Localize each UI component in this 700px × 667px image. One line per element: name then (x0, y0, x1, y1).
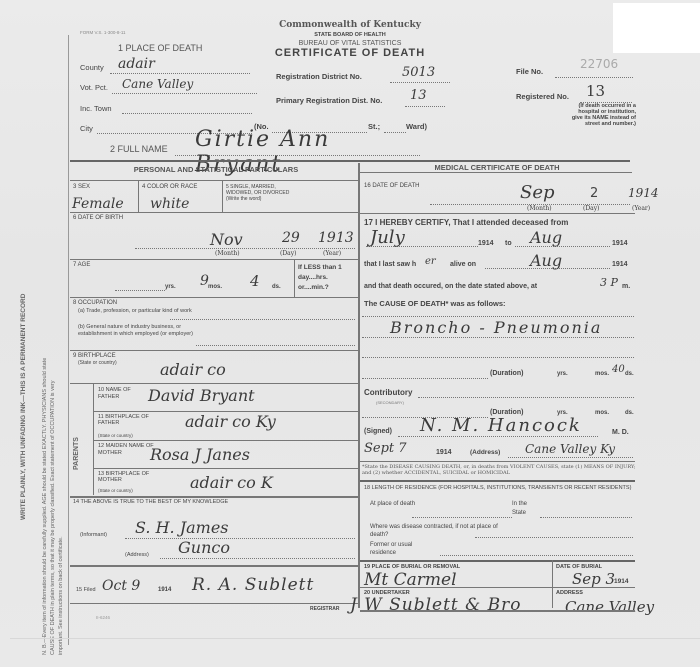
in-state-label: In the State (512, 500, 542, 518)
death-time-suffix: m. (622, 283, 630, 290)
hospital-note: (If death occurred in a hospital or inst… (570, 103, 636, 127)
birthplace-value: adair co (160, 360, 226, 379)
cause-line-2 (362, 336, 634, 338)
md-label: M. D. (612, 429, 629, 436)
marital-label: 5 SINGLE, MARRIED, WIDOWED, OR DIVORCED … (226, 184, 296, 202)
registrar-value: R. A. Sublett (192, 575, 314, 595)
duration-ds-value: 40 (612, 364, 625, 375)
dob-label: 6 DATE OF BIRTH (73, 215, 123, 221)
sex-label: 3 SEX (73, 184, 90, 190)
file-no-value: 22706 (580, 57, 618, 71)
informant-field (125, 537, 355, 539)
rule (70, 259, 358, 260)
registered-no-value: 13 (586, 82, 605, 100)
at-place-field (412, 516, 512, 518)
rule (70, 180, 358, 181)
bureau-name: BUREAU OF VITAL STATISTICS (240, 40, 460, 47)
address-value: Gunco (178, 538, 230, 557)
inc-town-field (122, 106, 252, 114)
registrar-label: REGISTRAR (310, 606, 339, 612)
father-name-value: David Bryant (148, 386, 255, 405)
day-caption: (Day) (280, 250, 296, 257)
alive-on-year: 1914 (612, 261, 628, 268)
to-label: to (505, 240, 512, 247)
occupation-label: 8 OCCUPATION (73, 300, 117, 306)
dob-year: 1913 (318, 230, 354, 246)
age-yrs-field (115, 289, 165, 291)
undertaker-address-value: Cane Valley (565, 598, 654, 616)
reg-district-field: 5013 (390, 74, 450, 83)
attended-to: Aug (530, 228, 562, 247)
rule (70, 496, 358, 498)
alive-on-value: Aug (530, 251, 562, 270)
place-of-death-heading: 1 PLACE OF DEATH (118, 43, 202, 53)
cause-heading: The CAUSE OF DEATH* was as follows: (364, 299, 506, 308)
death-certificate: WRITE PLAINLY, WITH UNFADING INK—THIS IS… (0, 0, 700, 667)
signed-address-label: (Address) (470, 449, 500, 456)
rule (222, 180, 223, 212)
father-bp-value: adair co Ky (185, 412, 276, 431)
form-number: FORM V.S. 1-300-8-11 (80, 30, 126, 35)
in-state-field (540, 516, 632, 518)
father-name-label: 10 NAME OF FATHER (98, 387, 143, 401)
certificate-title: CERTIFICATE OF DEATH (240, 47, 460, 59)
informant-label: (Informant) (80, 532, 107, 538)
death-time: 3 P (600, 276, 618, 289)
dob-field (135, 247, 355, 249)
board-name: STATE BOARD OF HEALTH (240, 32, 460, 38)
attended-from: July (370, 227, 405, 248)
age-yrs-label: yrs. (165, 284, 176, 290)
at-place-label: At place of death (370, 500, 430, 509)
year-caption: (Year) (632, 205, 650, 212)
dod-year: 1914 (628, 186, 659, 200)
signed-address-field (508, 456, 633, 458)
filed-year: 1914 (158, 587, 171, 593)
registered-no-label: Registered No. (516, 92, 569, 101)
mos2-label: mos. (595, 410, 609, 416)
age-label: 7 AGE (73, 262, 90, 268)
address-label: (Address) (125, 552, 149, 558)
rule (552, 560, 553, 608)
filed-date: Oct 9 (102, 578, 140, 594)
contracted-field (475, 536, 633, 538)
dob-day: 29 (282, 230, 300, 246)
primary-reg-value: 13 (410, 88, 427, 103)
footnote: *State the DISEASE CAUSING DEATH, or, in… (362, 464, 637, 476)
secondary-label: (SECONDARY) (376, 400, 404, 405)
yrs-label: yrs. (557, 371, 568, 377)
month-caption: (Month) (527, 205, 552, 212)
age-ds-label: ds. (272, 284, 281, 290)
vot-pct-label: Vot. Pct. (80, 83, 108, 92)
age-mos-label: mos. (208, 284, 222, 290)
occupation-a-field (170, 318, 355, 320)
mother-bp-value: adair co K (190, 473, 273, 492)
mother-name-value: Rosa J Janes (150, 445, 250, 464)
filed-label: 15 Filed (76, 587, 96, 593)
dod-label: 16 DATE OF DEATH (364, 183, 419, 189)
primary-reg-label: Primary Registration Dist. No. (276, 96, 382, 105)
ds-label: ds. (625, 371, 634, 377)
rule (93, 468, 358, 469)
last-saw-pronoun: er (425, 256, 436, 267)
occupation-b: (b) General nature of industry business,… (78, 324, 198, 338)
ds2-label: ds. (625, 410, 634, 416)
race-value: white (150, 196, 189, 212)
duration-label: (Duration) (490, 370, 523, 377)
reg-district-value: 5013 (402, 65, 435, 80)
rule (70, 297, 358, 298)
undertaker-value: J W Sublett & Bro (350, 595, 522, 615)
age-ds-value: 4 (250, 272, 260, 290)
rule (93, 383, 94, 495)
redaction-box (613, 3, 700, 53)
center-divider (358, 163, 361, 608)
full-name-field: Girtie Ann Bryant (175, 147, 420, 156)
vot-pct-field: Cane Valley (112, 85, 257, 94)
birthplace-sub: (State or country) (78, 360, 117, 366)
rule (138, 180, 139, 212)
file-no-field: 22706 (555, 69, 633, 78)
medical-heading: MEDICAL CERTIFICATE OF DEATH (362, 163, 632, 172)
contributory-label: Contributory (364, 388, 412, 397)
certify-text: 17 I HEREBY CERTIFY, That I attended dec… (364, 218, 568, 227)
mother-name-label: 12 MAIDEN NAME OF MOTHER (98, 443, 158, 457)
former-residence-label: Former or usual residence (370, 541, 430, 557)
father-bp-label: 11 BIRTHPLACE OF FATHER (98, 414, 158, 426)
primary-reg-field: 13 (405, 98, 445, 107)
dod-month: Sep (520, 182, 555, 203)
rule (360, 480, 635, 482)
occupation-b-field (196, 344, 355, 346)
rule (70, 383, 358, 384)
full-name-label: 2 FULL NAME (110, 144, 168, 154)
undertaker-address-label: ADDRESS (556, 590, 583, 596)
registered-no-field: 13 (580, 94, 632, 103)
mos-label: mos. (595, 371, 609, 377)
parents-label: PARENTS (73, 437, 80, 470)
dod-day: 2 (590, 186, 598, 201)
sex-value: Female (72, 196, 124, 212)
burial-year: 1914 (614, 578, 628, 585)
vot-pct-value: Cane Valley (122, 77, 193, 91)
alive-on-label: alive on (450, 261, 476, 268)
contributory-field (418, 396, 634, 398)
burial-date-value: Sep 3 (572, 570, 615, 588)
attended-from-year: 1914 (478, 240, 494, 247)
day-caption: (Day) (583, 205, 599, 212)
attended-to-year: 1914 (612, 240, 628, 247)
header: Commonwealth of Kentucky STATE BOARD OF … (240, 20, 460, 59)
cause-value: Broncho - Pneumonia (390, 318, 602, 337)
rule (70, 603, 358, 604)
former-residence-field (440, 554, 633, 556)
rule (360, 560, 635, 562)
county-value: adair (118, 56, 155, 72)
rule (360, 172, 632, 173)
scan-edge (10, 638, 700, 639)
section-divider (70, 160, 630, 162)
margin-permanent-record: WRITE PLAINLY, WITH UNFADING INK—THIS IS… (20, 294, 27, 520)
rule (93, 440, 358, 441)
margin-note-1: N. B.—Every item of information should b… (42, 358, 48, 655)
rule (360, 213, 635, 214)
father-bp-sub: (State or country) (98, 433, 133, 438)
race-label: 4 COLOR OR RACE (142, 184, 197, 190)
signed-label: (Signed) (364, 428, 392, 435)
occupation-a: (a) Trade, profession, or particular kin… (78, 308, 193, 315)
mother-bp-sub: (State or country) (98, 488, 133, 493)
mother-bp-label: 13 BIRTHPLACE OF MOTHER (98, 471, 158, 483)
rule (70, 212, 358, 213)
city-label: City (80, 124, 93, 133)
birthplace-label: 9 BIRTHPLACE (73, 353, 116, 359)
duration-field (362, 377, 488, 379)
dob-month: Nov (210, 230, 243, 249)
signed-address-value: Cane Valley Ky (525, 442, 615, 456)
last-saw-prefix: that I last saw h (364, 261, 416, 268)
cause-line-1 (362, 315, 634, 317)
rule (70, 565, 358, 567)
signed-date: Sept 7 (364, 441, 407, 456)
true-statement: 14 THE ABOVE IS TRUE TO THE BEST OF MY K… (73, 499, 228, 505)
file-no-label: File No. (516, 67, 543, 76)
cause-line-3 (362, 356, 634, 358)
form-code: II-6246 (96, 615, 110, 620)
rule (70, 350, 358, 351)
form-left-border (68, 35, 69, 645)
rule (360, 610, 635, 612)
informant-value: S. H. James (135, 518, 229, 537)
rule (360, 461, 635, 462)
address-field (160, 557, 355, 559)
reg-district-label: Registration District No. (276, 72, 362, 81)
month-caption: (Month) (215, 250, 240, 257)
signed-value: N. M. Hancock (420, 415, 582, 436)
signed-year: 1914 (436, 449, 452, 456)
county-field: adair (110, 65, 250, 74)
personal-heading: PERSONAL AND STATISTICAL PARTICULARS (75, 165, 357, 174)
county-label: County (80, 63, 104, 72)
state-title: Commonwealth of Kentucky (240, 20, 460, 30)
inc-town-label: Inc. Town (80, 104, 112, 113)
rule (360, 587, 635, 588)
rule (294, 259, 295, 297)
death-occurred-text: and that death occured, on the date stat… (364, 283, 537, 290)
year-caption: (Year) (323, 250, 341, 257)
residence-heading: 18 LENGTH OF RESIDENCE (FOR HOSPITALS, I… (364, 485, 634, 491)
margin-note-2: CAUSE OF DEATH in plain terms, so that i… (50, 381, 56, 655)
less-than-day: If LESS than 1 day....hrs. or....min.? (298, 263, 358, 293)
